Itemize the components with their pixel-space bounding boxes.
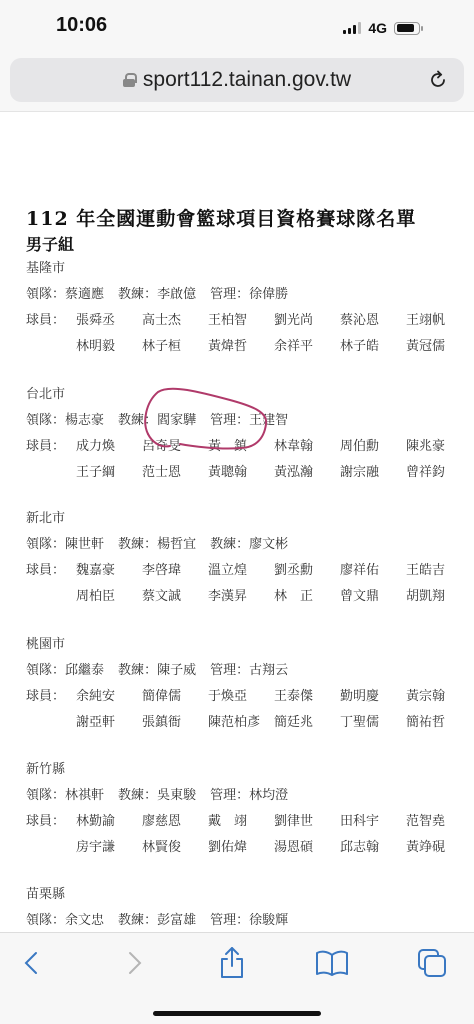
staff-role: 領隊 [26,413,52,428]
player-name: 黃宗翰 [406,684,472,710]
staff-name: 彭富雄 [157,913,196,928]
staff-member: 管理：徐偉勝 [210,282,288,308]
url-text[interactable]: sport112.tainan.gov.tw [143,68,351,92]
team-name: 新竹縣 [26,757,474,783]
staff-name: 陳子威 [157,663,196,678]
separator: ： [52,788,65,803]
staff-member: 教練：楊哲宜 [118,532,196,558]
book-icon [315,949,349,977]
staff-member: 管理：徐駿輝 [210,908,288,932]
staff-role: 管理 [210,663,236,678]
staff-name: 楊志豪 [65,413,104,428]
player-name: 劉光尚 [274,308,340,334]
staff-row: 領隊：余文忠教練：彭富雄管理：徐駿輝 [26,908,474,932]
player-name: 余祥平 [274,334,340,360]
player-name: 陳范柏彥 [208,710,274,736]
staff-member: 領隊：邱繼泰 [26,658,104,684]
player-name: 范智堯 [406,809,472,835]
browser-address-area: sport112.tainan.gov.tw [0,54,474,112]
player-name: 林子皓 [340,334,406,360]
staff-role: 領隊 [26,663,52,678]
staff-member: 領隊：林祺軒 [26,783,104,809]
share-icon [217,946,247,980]
separator: ： [236,287,249,302]
staff-member: 領隊：楊志豪 [26,408,104,434]
team-taoyuan: 桃園市領隊：邱繼泰教練：陳子威管理：古翔云球員：余純安簡偉儒于煥亞王泰傑勤明慶黃… [26,632,474,736]
signal-icon [343,22,361,34]
separator: ： [236,537,249,552]
staff-name: 古翔云 [249,663,288,678]
bookmarks-button[interactable] [314,945,350,981]
player-name: 謝宗融 [340,460,406,486]
staff-role: 教練 [210,537,236,552]
staff-name: 徐偉勝 [249,287,288,302]
back-icon [20,949,44,977]
tabs-icon [416,947,448,979]
network-label: 4G [368,20,387,36]
player-name: 劉丞勳 [274,558,340,584]
forward-icon [122,949,146,977]
forward-button[interactable] [116,945,152,981]
player-name: 王皓吉 [406,558,472,584]
players-label: 球員： [26,434,76,486]
player-name: 余純安 [76,684,142,710]
staff-name: 閻家驊 [157,413,196,428]
staff-role: 管理 [210,913,236,928]
player-name: 王泰傑 [274,684,340,710]
player-name: 曾祥鈞 [406,460,472,486]
team-name: 桃園市 [26,632,474,658]
staff-role: 教練 [118,663,144,678]
player-name: 范士恩 [142,460,208,486]
lock-icon [123,73,135,87]
player-name: 林韋翰 [274,434,340,460]
back-button[interactable] [14,945,50,981]
players-label: 球員： [26,809,76,861]
player-name: 簡廷兆 [274,710,340,736]
address-bar[interactable]: sport112.tainan.gov.tw [10,58,464,102]
separator: ： [144,788,157,803]
staff-name: 林祺軒 [65,788,104,803]
player-name: 林賢俊 [142,835,208,861]
staff-name: 陳世軒 [65,537,104,552]
staff-member: 教練：吳東駿 [118,783,196,809]
players-label: 球員： [26,308,76,360]
team-miaoli-county: 苗栗縣領隊：余文忠教練：彭富雄管理：徐駿輝 [26,882,474,932]
player-name: 王子綱 [76,460,142,486]
player-name: 黃冠儒 [406,334,472,360]
staff-member: 教練：廖文彬 [210,532,288,558]
player-name: 黃 鎮 [208,434,274,460]
staff-member: 教練：閻家驊 [118,408,196,434]
players-row: 球員：張舜丞高士杰王柏智劉光尚蔡沁恩王翊帆林明毅林子桓黃煒哲余祥平林子皓黃冠儒 [26,308,474,360]
staff-name: 吳東駿 [157,788,196,803]
player-name: 黃聰翰 [208,460,274,486]
player-name: 胡凱翔 [406,584,472,610]
player-name: 溫立煌 [208,558,274,584]
staff-role: 管理 [210,287,236,302]
player-line: 成力煥呂奇旻黃 鎮林韋翰周伯勳陳兆豪 [76,434,472,460]
player-name: 簡祐哲 [406,710,472,736]
players-list: 張舜丞高士杰王柏智劉光尚蔡沁恩王翊帆林明毅林子桓黃煒哲余祥平林子皓黃冠儒 [76,308,472,360]
staff-member: 教練：李啟億 [118,282,196,308]
team-name: 新北市 [26,506,474,532]
separator: ： [52,413,65,428]
staff-member: 教練：陳子威 [118,658,196,684]
staff-row: 領隊：林祺軒教練：吳東駿管理：林均澄 [26,783,474,809]
staff-role: 領隊 [26,287,52,302]
staff-name: 楊哲宜 [157,537,196,552]
staff-role: 領隊 [26,913,52,928]
reload-icon[interactable] [426,68,450,92]
player-name: 周柏臣 [76,584,142,610]
player-line: 張舜丞高士杰王柏智劉光尚蔡沁恩王翊帆 [76,308,472,334]
player-line: 謝亞軒張鎮衙陳范柏彥簡廷兆丁聖儒簡祐哲 [76,710,472,736]
player-name: 李漢昇 [208,584,274,610]
separator: ： [144,537,157,552]
staff-role: 管理 [210,788,236,803]
player-name: 簡偉儒 [142,684,208,710]
player-name: 張鎮衙 [142,710,208,736]
staff-name: 廖文彬 [249,537,288,552]
staff-row: 領隊：陳世軒教練：楊哲宜教練：廖文彬 [26,532,474,558]
staff-role: 教練 [118,537,144,552]
separator: ： [52,913,65,928]
staff-role: 管理 [210,413,236,428]
browser-toolbar [0,932,474,1024]
separator: ： [144,913,157,928]
player-name: 林明毅 [76,334,142,360]
staff-row: 領隊：邱繼泰教練：陳子威管理：古翔云 [26,658,474,684]
status-indicators: 4G [343,20,420,36]
players-label: 球員： [26,558,76,610]
player-name: 邱志翰 [340,835,406,861]
separator: ： [144,287,157,302]
staff-role: 領隊 [26,788,52,803]
players-list: 魏嘉豪李啓瑋溫立煌劉丞勳廖祥佑王皓吉周柏臣蔡文誠李漢昇林 正曾文鼎胡凱翔 [76,558,472,610]
player-name: 田科宇 [340,809,406,835]
staff-name: 余文忠 [65,913,104,928]
separator: ： [52,287,65,302]
player-name: 高士杰 [142,308,208,334]
status-bar: 10:06 4G [0,0,474,54]
player-line: 周柏臣蔡文誠李漢昇林 正曾文鼎胡凱翔 [76,584,472,610]
player-name: 于煥亞 [208,684,274,710]
page-content: 112 年全國運動會籃球項目資格賽球隊名單 男子組 基隆市領隊：蔡適應教練：李啟… [0,112,474,932]
players-row: 球員：成力煥呂奇旻黃 鎮林韋翰周伯勳陳兆豪王子綱范士恩黃聰翰黃泓瀚謝宗融曾祥鈞 [26,434,474,486]
player-name: 丁聖儒 [340,710,406,736]
team-hsinchu-county: 新竹縣領隊：林祺軒教練：吳東駿管理：林均澄球員：林勤諭廖慈恩戴 翊劉律世田科宇范… [26,757,474,861]
staff-name: 李啟億 [157,287,196,302]
staff-member: 管理：王建智 [210,408,288,434]
separator: ： [52,663,65,678]
players-list: 余純安簡偉儒于煥亞王泰傑勤明慶黃宗翰謝亞軒張鎮衙陳范柏彥簡廷兆丁聖儒簡祐哲 [76,684,472,736]
players-list: 成力煥呂奇旻黃 鎮林韋翰周伯勳陳兆豪王子綱范士恩黃聰翰黃泓瀚謝宗融曾祥鈞 [76,434,472,486]
staff-name: 蔡適應 [65,287,104,302]
players-row: 球員：余純安簡偉儒于煥亞王泰傑勤明慶黃宗翰謝亞軒張鎮衙陳范柏彥簡廷兆丁聖儒簡祐哲 [26,684,474,736]
player-name: 黃泓瀚 [274,460,340,486]
team-name: 苗栗縣 [26,882,474,908]
staff-member: 管理：古翔云 [210,658,288,684]
separator: ： [52,537,65,552]
player-name: 蔡沁恩 [340,308,406,334]
separator: ： [236,788,249,803]
player-name: 張舜丞 [76,308,142,334]
tabs-button[interactable] [414,945,450,981]
player-line: 余純安簡偉儒于煥亞王泰傑勤明慶黃宗翰 [76,684,472,710]
players-list: 林勤諭廖慈恩戴 翊劉律世田科宇范智堯房宇謙林賢俊劉佑煒湯恩碩邱志翰黃竫硯 [76,809,472,861]
player-line: 王子綱范士恩黃聰翰黃泓瀚謝宗融曾祥鈞 [76,460,472,486]
player-line: 魏嘉豪李啓瑋溫立煌劉丞勳廖祥佑王皓吉 [76,558,472,584]
separator: ： [144,663,157,678]
player-name: 謝亞軒 [76,710,142,736]
team-new-taipei: 新北市領隊：陳世軒教練：楊哲宜教練：廖文彬球員：魏嘉豪李啓瑋溫立煌劉丞勳廖祥佑王… [26,506,474,610]
home-indicator [153,1011,321,1016]
staff-name: 林均澄 [249,788,288,803]
player-name: 黃煒哲 [208,334,274,360]
staff-role: 教練 [118,287,144,302]
player-name: 王柏智 [208,308,274,334]
player-name: 王翊帆 [406,308,472,334]
separator: ： [236,913,249,928]
player-name: 林子桓 [142,334,208,360]
document-subtitle: 男子組 [26,232,74,255]
separator: ： [144,413,157,428]
team-keelung: 基隆市領隊：蔡適應教練：李啟億管理：徐偉勝球員：張舜丞高士杰王柏智劉光尚蔡沁恩王… [26,256,474,360]
staff-member: 領隊：蔡適應 [26,282,104,308]
player-line: 林明毅林子桓黃煒哲余祥平林子皓黃冠儒 [76,334,472,360]
staff-member: 管理：林均澄 [210,783,288,809]
player-name: 成力煥 [76,434,142,460]
player-name: 李啓瑋 [142,558,208,584]
staff-role: 教練 [118,413,144,428]
players-label: 球員： [26,684,76,736]
team-name: 台北市 [26,382,474,408]
player-name: 劉律世 [274,809,340,835]
player-name: 陳兆豪 [406,434,472,460]
staff-role: 教練 [118,913,144,928]
staff-role: 教練 [118,788,144,803]
player-name: 蔡文誠 [142,584,208,610]
player-name: 魏嘉豪 [76,558,142,584]
staff-name: 王建智 [249,413,288,428]
player-name: 勤明慶 [340,684,406,710]
player-name: 黃竫硯 [406,835,472,861]
separator: ： [236,413,249,428]
player-line: 房宇謙林賢俊劉佑煒湯恩碩邱志翰黃竫硯 [76,835,472,861]
player-name: 林勤諭 [76,809,142,835]
team-name: 基隆市 [26,256,474,282]
player-name: 廖祥佑 [340,558,406,584]
player-name: 曾文鼎 [340,584,406,610]
battery-icon [394,22,420,35]
player-name: 周伯勳 [340,434,406,460]
player-name: 房宇謙 [76,835,142,861]
player-name: 呂奇旻 [142,434,208,460]
staff-role: 領隊 [26,537,52,552]
players-row: 球員：林勤諭廖慈恩戴 翊劉律世田科宇范智堯房宇謙林賢俊劉佑煒湯恩碩邱志翰黃竫硯 [26,809,474,861]
document-title: 112 年全國運動會籃球項目資格賽球隊名單 [26,204,416,231]
staff-name: 徐駿輝 [249,913,288,928]
staff-member: 教練：彭富雄 [118,908,196,932]
player-name: 劉佑煒 [208,835,274,861]
staff-name: 邱繼泰 [65,663,104,678]
separator: ： [236,663,249,678]
staff-member: 領隊：余文忠 [26,908,104,932]
team-taipei: 台北市領隊：楊志豪教練：閻家驊管理：王建智球員：成力煥呂奇旻黃 鎮林韋翰周伯勳陳… [26,382,474,486]
player-name: 廖慈恩 [142,809,208,835]
staff-row: 領隊：楊志豪教練：閻家驊管理：王建智 [26,408,474,434]
players-row: 球員：魏嘉豪李啓瑋溫立煌劉丞勳廖祥佑王皓吉周柏臣蔡文誠李漢昇林 正曾文鼎胡凱翔 [26,558,474,610]
player-name: 湯恩碩 [274,835,340,861]
player-name: 戴 翊 [208,809,274,835]
player-name: 林 正 [274,584,340,610]
share-button[interactable] [214,945,250,981]
staff-member: 領隊：陳世軒 [26,532,104,558]
status-time: 10:06 [56,14,107,37]
staff-row: 領隊：蔡適應教練：李啟億管理：徐偉勝 [26,282,474,308]
player-line: 林勤諭廖慈恩戴 翊劉律世田科宇范智堯 [76,809,472,835]
